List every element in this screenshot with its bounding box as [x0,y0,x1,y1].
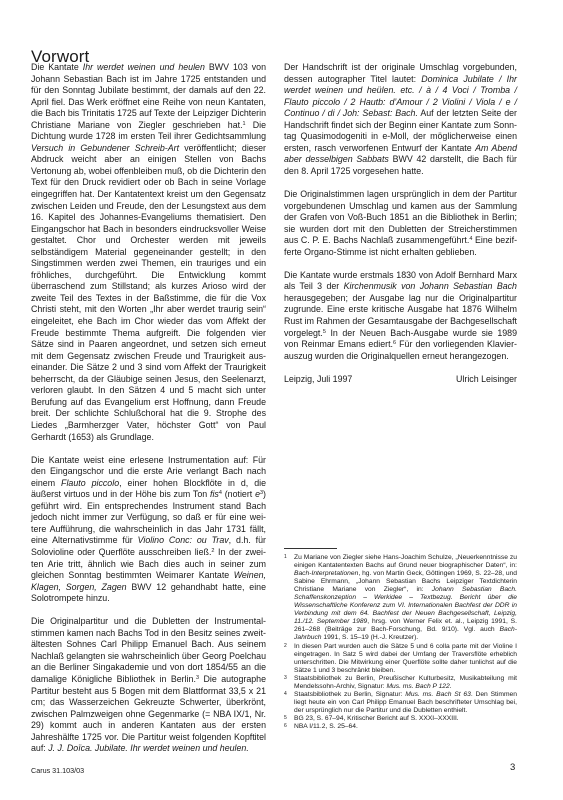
footnote-1: 1Zu Mariane von Ziegler siehe Hans-Joach… [284,554,517,643]
footnote-2: 2In diesen Part wurden auch die Sätze 5 … [284,643,517,675]
signature: Leipzig, Juli 1997 Ulrich Leisinger [284,374,517,386]
footnote-divider [284,548,337,549]
paragraph-parts: Die Originalstimmen lagen ursprünglich i… [284,189,517,258]
paragraph-sources: Die Originalpartitur und die Dubletten d… [31,616,266,755]
footnotes: 1Zu Mariane von Ziegler siehe Hans-Joach… [284,554,517,731]
paragraph-manuscript: Der Handschrift ist der originale Umschl… [284,62,517,177]
footnote-5: 5BG 23, S. 67–94, Kritischer Bericht auf… [284,715,517,723]
work-title: Versuch in Gebundener Schreib-Art [31,143,179,153]
work-title: Ihr werdet weinen und heulen [83,62,205,72]
place-date: Leipzig, Juli 1997 [284,374,352,386]
right-column: Der Handschrift ist der originale Umschl… [284,62,517,385]
footnote-4: 4Staatsbibliothek zu Berlin, Signatur: M… [284,691,517,715]
left-column: Die Kantate Ihr werdet weinen und heulen… [31,62,266,766]
paragraph-intro: Die Kantate Ihr werdet weinen und heulen… [31,62,266,443]
paragraph-instrumentation: Die Kantate weist eine erlesene Instrume… [31,455,266,605]
paragraph-editions: Die Kantate wurde erstmals 1830 von Adol… [284,270,517,362]
author: Ulrich Leisinger [456,374,517,386]
footnote-3: 3Staatsbibliothek zu Berlin, Preußischer… [284,675,517,691]
footnote-6: 6NBA I/11.2, S. 25–64. [284,723,517,731]
page-number: 3 [510,762,515,773]
catalog-number: Carus 31.103/03 [31,766,84,775]
